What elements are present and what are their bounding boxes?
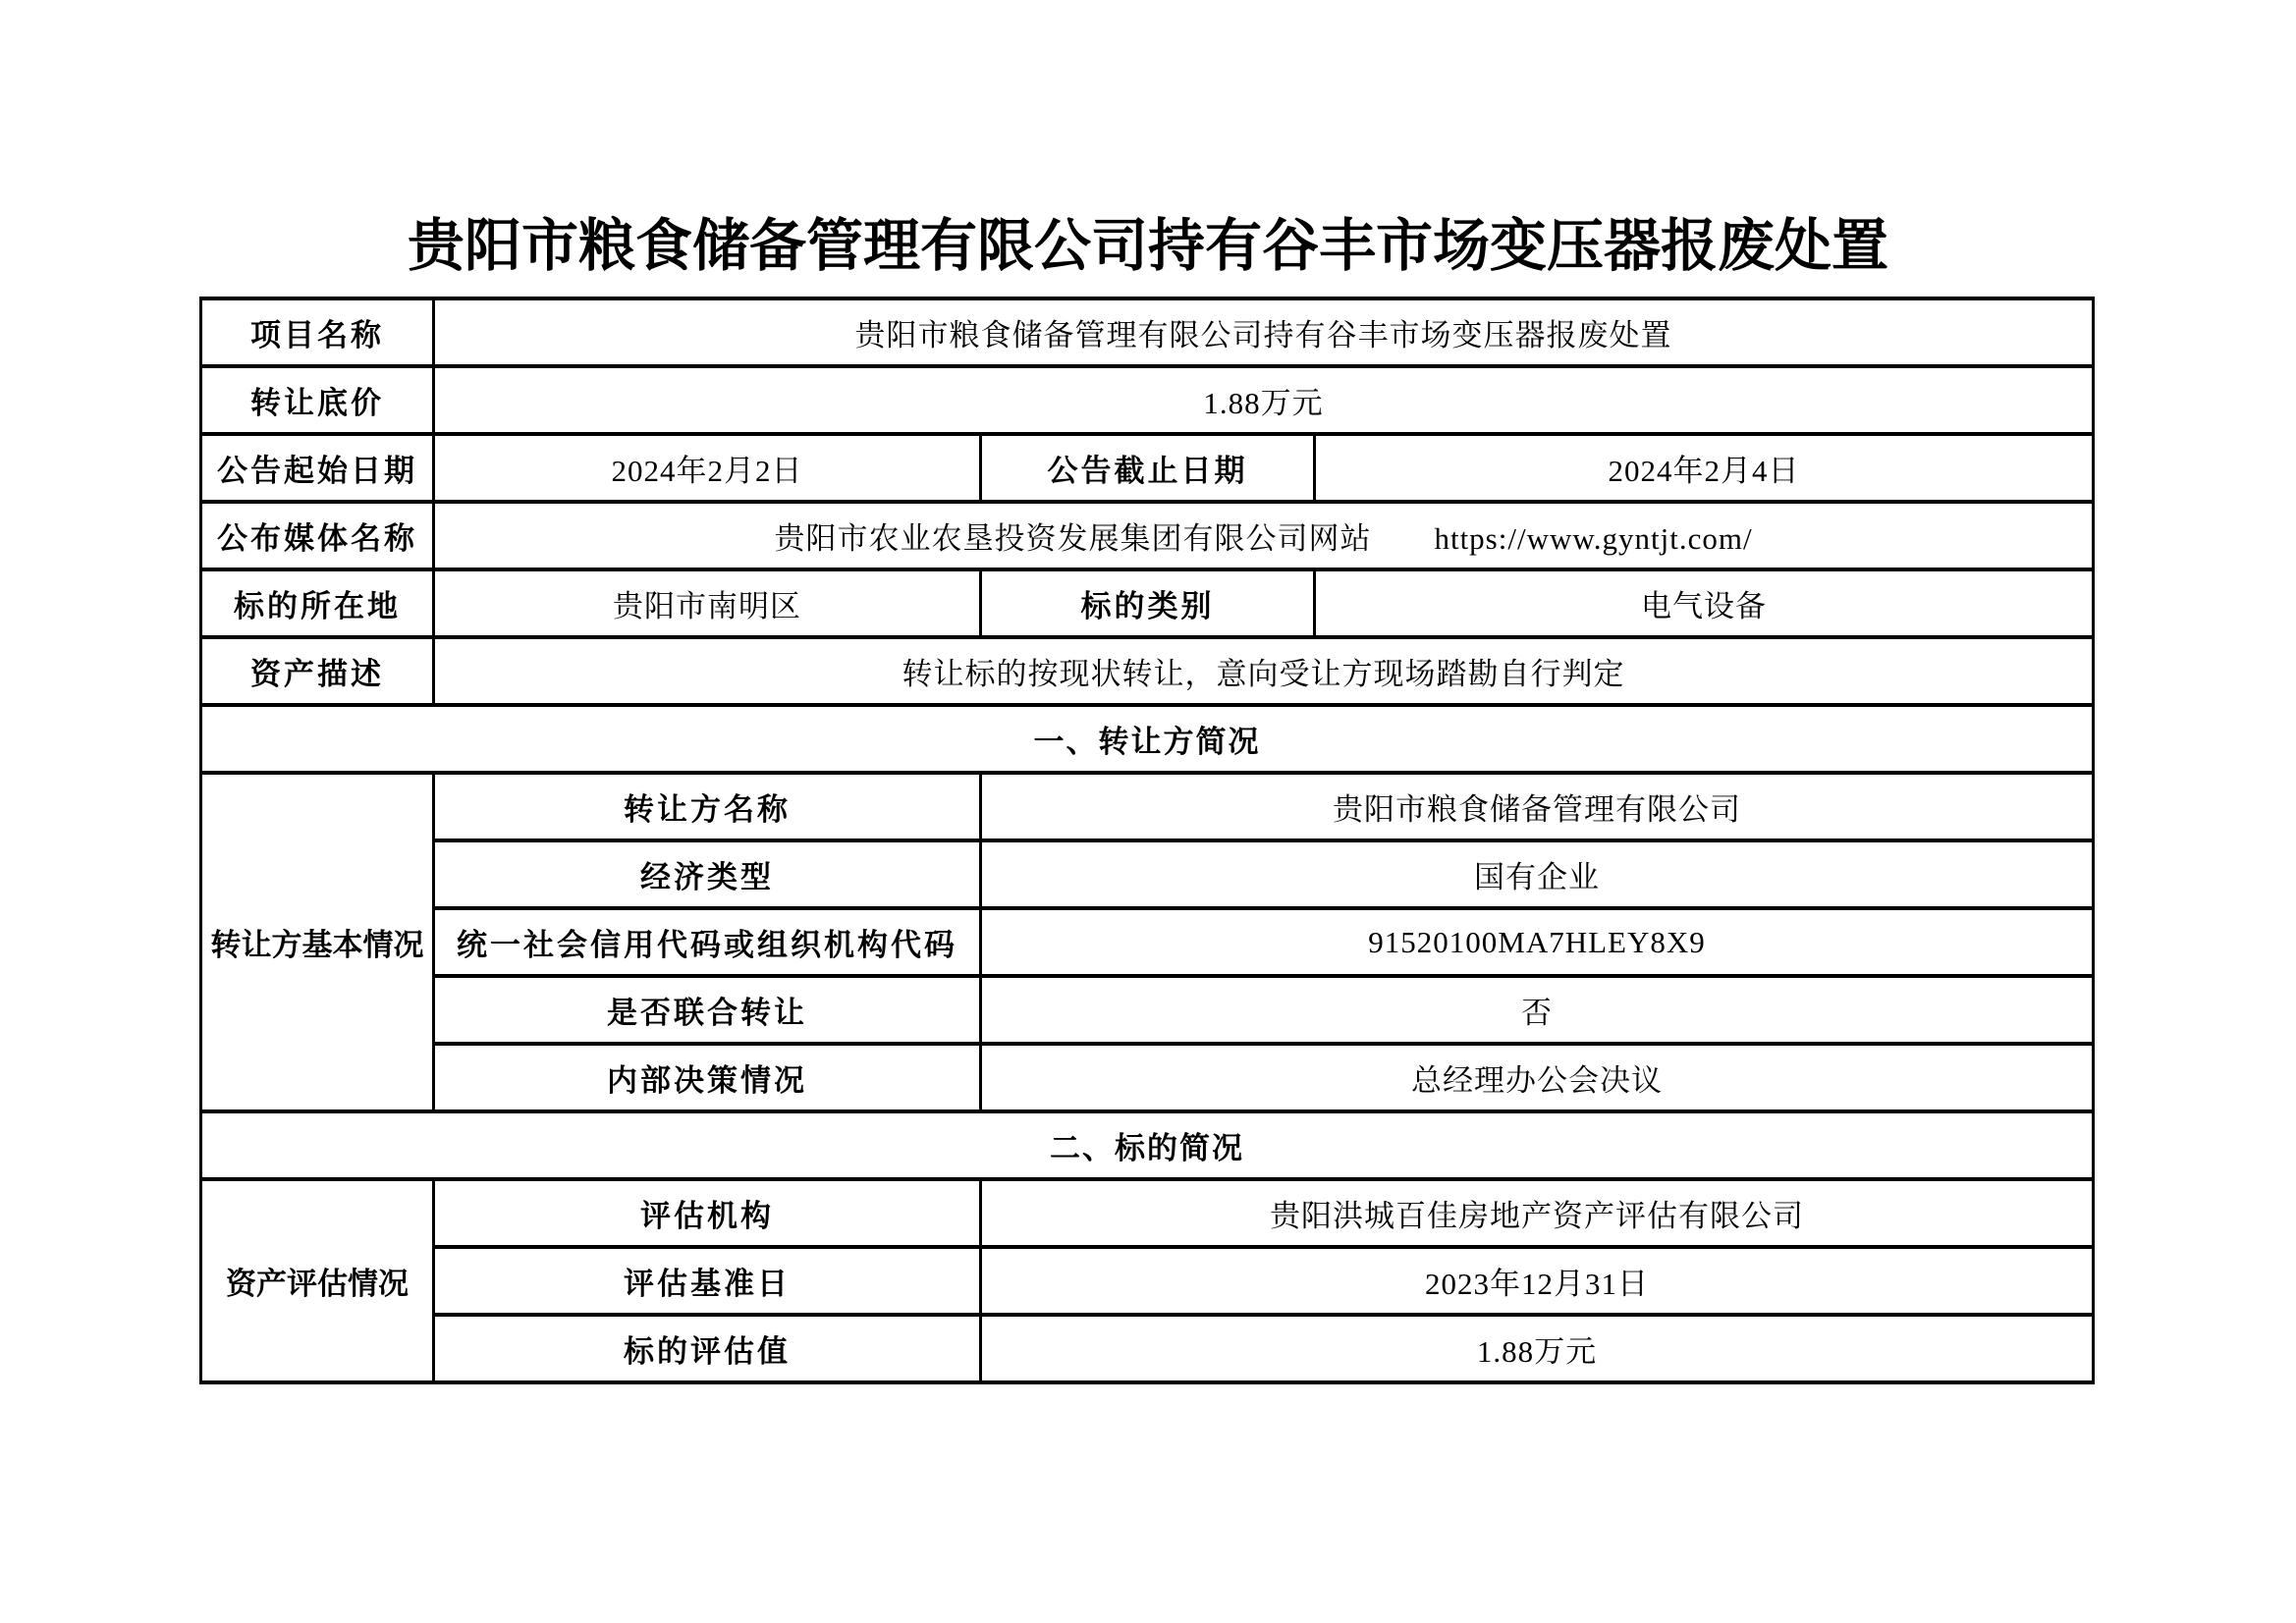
internal-decision-value: 总经理办公会决议 [981, 1044, 2094, 1111]
category-label: 标的类别 [981, 569, 1315, 637]
row-valuation-base-date: 评估基准日 2023年12月31日 [201, 1247, 2094, 1315]
floor-price-value: 1.88万元 [434, 366, 2094, 434]
credit-code-value: 91520100MA7HLEY8X9 [981, 908, 2094, 976]
row-asset-description: 资产描述 转让标的按现状转让，意向受让方现场踏勘自行判定 [201, 637, 2094, 705]
valuation-agency-label: 评估机构 [434, 1179, 981, 1247]
notice-start-value: 2024年2月2日 [434, 434, 981, 502]
valuation-agency-value: 贵阳洪城百佳房地产资产评估有限公司 [981, 1179, 2094, 1247]
media-label: 公布媒体名称 [201, 502, 434, 569]
project-name-label: 项目名称 [201, 298, 434, 366]
notice-end-label: 公告截止日期 [981, 434, 1315, 502]
page-title: 贵阳市粮食储备管理有限公司持有谷丰市场变压器报废处置 [0, 199, 2296, 292]
asset-description-value: 转让标的按现状转让，意向受让方现场踏勘自行判定 [434, 637, 2094, 705]
joint-transfer-value: 否 [981, 976, 2094, 1044]
category-value: 电气设备 [1315, 569, 2094, 637]
internal-decision-label: 内部决策情况 [434, 1044, 981, 1111]
asset-description-label: 资产描述 [201, 637, 434, 705]
section1-title: 一、转让方简况 [201, 705, 2094, 773]
row-transferor-name: 转让方基本情况 转让方名称 贵阳市粮食储备管理有限公司 [201, 773, 2094, 840]
notice-start-label: 公告起始日期 [201, 434, 434, 502]
row-floor-price: 转让底价 1.88万元 [201, 366, 2094, 434]
row-section2-header: 二、标的简况 [201, 1111, 2094, 1179]
valuation-group-label: 资产评估情况 [201, 1179, 434, 1382]
valuation-base-date-label: 评估基准日 [434, 1247, 981, 1315]
transferor-name-label: 转让方名称 [434, 773, 981, 840]
row-valuation-agency: 资产评估情况 评估机构 贵阳洪城百佳房地产资产评估有限公司 [201, 1179, 2094, 1247]
media-value: 贵阳市农业农垦投资发展集团有限公司网站 https://www.gyntjt.c… [434, 502, 2094, 569]
row-media: 公布媒体名称 贵阳市农业农垦投资发展集团有限公司网站 https://www.g… [201, 502, 2094, 569]
row-project-name: 项目名称 贵阳市粮食储备管理有限公司持有谷丰市场变压器报废处置 [201, 298, 2094, 366]
economic-type-label: 经济类型 [434, 840, 981, 908]
transferor-name-value: 贵阳市粮食储备管理有限公司 [981, 773, 2094, 840]
notice-end-value: 2024年2月4日 [1315, 434, 2094, 502]
transferor-group-label: 转让方基本情况 [201, 773, 434, 1111]
section2-title: 二、标的简况 [201, 1111, 2094, 1179]
row-valuation-amount: 标的评估值 1.88万元 [201, 1315, 2094, 1382]
row-notice-period: 公告起始日期 2024年2月2日 公告截止日期 2024年2月4日 [201, 434, 2094, 502]
row-economic-type: 经济类型 国有企业 [201, 840, 2094, 908]
location-label: 标的所在地 [201, 569, 434, 637]
row-credit-code: 统一社会信用代码或组织机构代码 91520100MA7HLEY8X9 [201, 908, 2094, 976]
economic-type-value: 国有企业 [981, 840, 2094, 908]
location-value: 贵阳市南明区 [434, 569, 981, 637]
announcement-table: 项目名称 贵阳市粮食储备管理有限公司持有谷丰市场变压器报废处置 转让底价 1.8… [199, 297, 2095, 1384]
row-section1-header: 一、转让方简况 [201, 705, 2094, 773]
row-location-category: 标的所在地 贵阳市南明区 标的类别 电气设备 [201, 569, 2094, 637]
row-internal-decision: 内部决策情况 总经理办公会决议 [201, 1044, 2094, 1111]
credit-code-label: 统一社会信用代码或组织机构代码 [434, 908, 981, 976]
valuation-amount-value: 1.88万元 [981, 1315, 2094, 1382]
row-joint-transfer: 是否联合转让 否 [201, 976, 2094, 1044]
floor-price-label: 转让底价 [201, 366, 434, 434]
valuation-amount-label: 标的评估值 [434, 1315, 981, 1382]
project-name-value: 贵阳市粮食储备管理有限公司持有谷丰市场变压器报废处置 [434, 298, 2094, 366]
joint-transfer-label: 是否联合转让 [434, 976, 981, 1044]
valuation-base-date-value: 2023年12月31日 [981, 1247, 2094, 1315]
